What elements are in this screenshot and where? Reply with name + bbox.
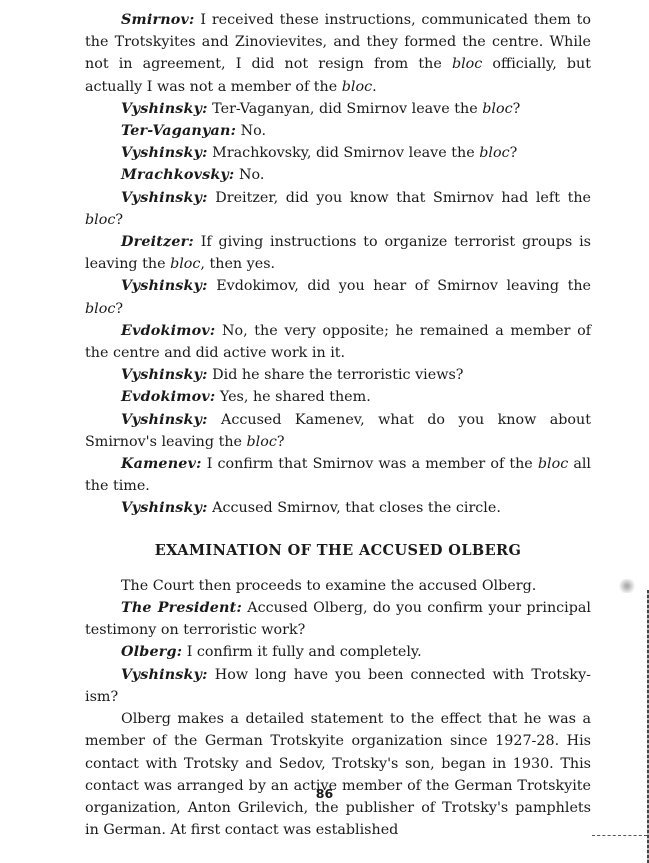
paragraph: Vyshinsky: Evdokimov, did you hear of Sm…	[85, 275, 591, 319]
italic-term: bloc	[170, 256, 200, 272]
scan-smudge-mark	[615, 579, 639, 593]
speaker-name: Vyshinsky:	[121, 500, 208, 516]
speaker-name: Kamenev:	[121, 456, 202, 472]
italic-term: bloc	[247, 434, 277, 450]
paragraph: Olberg: I confirm it fully and completel…	[85, 641, 591, 663]
paragraph-text: Olberg makes a detailed statement to the…	[85, 711, 591, 838]
paragraph-text: I confirm it fully and completely.	[182, 644, 421, 660]
speaker-name: Vyshinsky:	[121, 667, 208, 683]
speaker-name: The President:	[121, 600, 242, 616]
paragraph: Evdokimov: No, the very opposite; he rem…	[85, 320, 591, 364]
paragraph-text: Did he share the terroristic views?	[208, 367, 464, 383]
paragraph: Vyshinsky: Did he share the terroristic …	[85, 364, 591, 386]
speaker-name: Mrachkovsky:	[121, 167, 234, 183]
paragraph-text: The Court then proceeds to examine the a…	[121, 578, 536, 594]
paragraph: Ter-Vaganyan: No.	[85, 120, 591, 142]
paragraph: Vyshinsky: Dreitzer, did you know that S…	[85, 187, 591, 231]
paragraph: Dreitzer: If giving instructions to orga…	[85, 231, 591, 275]
paragraph-text: ?	[277, 434, 285, 450]
speaker-name: Vyshinsky:	[121, 101, 208, 117]
dialogue-block-top: Smirnov: I received these instructions, …	[85, 9, 591, 520]
paragraph: Vyshinsky: Mrachkovsky, did Smirnov leav…	[85, 142, 591, 164]
paragraph: Olberg makes a detailed statement to the…	[85, 708, 591, 841]
paragraph-text: ?	[510, 145, 518, 161]
paragraph-text: Yes, he shared them.	[215, 389, 370, 405]
paragraph-text: No.	[234, 167, 264, 183]
speaker-name: Vyshinsky:	[121, 190, 208, 206]
paragraph-text: ?	[115, 301, 123, 317]
italic-term: bloc	[479, 145, 509, 161]
speaker-name: Evdokimov:	[121, 389, 215, 405]
dialogue-block-bottom: The Court then proceeds to examine the a…	[85, 575, 591, 841]
speaker-name: Olberg:	[121, 644, 182, 660]
paragraph: The Court then proceeds to examine the a…	[85, 575, 591, 597]
paragraph: Kamenev: I confirm that Smirnov was a me…	[85, 453, 591, 497]
scan-dash-mark	[592, 835, 647, 837]
paragraph-text: ?	[115, 212, 123, 228]
page-number: 86	[0, 786, 649, 801]
paragraph: Smirnov: I received these instructions, …	[85, 9, 591, 98]
italic-term: bloc	[342, 79, 372, 95]
paragraph: Mrachkovsky: No.	[85, 164, 591, 186]
speaker-name: Vyshinsky:	[121, 145, 208, 161]
italic-term: bloc	[538, 456, 568, 472]
paragraph-text: Dreitzer, did you know that Smirnov had …	[208, 190, 591, 206]
italic-term: bloc	[482, 101, 512, 117]
italic-term: bloc	[85, 212, 115, 228]
speaker-name: Evdokimov:	[121, 323, 215, 339]
speaker-name: Vyshinsky:	[121, 412, 208, 428]
speaker-name: Dreitzer:	[121, 234, 194, 250]
paragraph: Vyshinsky: How long have you been connec…	[85, 664, 591, 708]
paragraph-text: Evdokimov, did you hear of Smirnov leavi…	[208, 278, 591, 294]
paragraph-text: No.	[236, 123, 266, 139]
paragraph-text: Accused Smirnov, that closes the circle.	[208, 500, 501, 516]
paragraph: Evdokimov: Yes, he shared them.	[85, 386, 591, 408]
paragraph-text: I confirm that Smirnov was a member of t…	[202, 456, 538, 472]
paragraph: Vyshinsky: Ter-Vaganyan, did Smirnov lea…	[85, 98, 591, 120]
paragraph-text: ?	[513, 101, 521, 117]
paragraph: Vyshinsky: Accused Smirnov, that closes …	[85, 497, 591, 519]
speaker-name: Ter-Vaganyan:	[121, 123, 236, 139]
paragraph-text: .	[372, 79, 377, 95]
paragraph-text: , then yes.	[200, 256, 275, 272]
paragraph: Vyshinsky: Accused Kamenev, what do you …	[85, 409, 591, 453]
speaker-name: Smirnov:	[121, 12, 195, 28]
section-heading: EXAMINATION OF THE ACCUSED OLBERG	[85, 540, 591, 562]
italic-term: bloc	[85, 301, 115, 317]
italic-term: bloc	[452, 56, 482, 72]
paragraph-text: Mrachkovsky, did Smirnov leave the	[208, 145, 480, 161]
document-page: Smirnov: I received these instructions, …	[85, 9, 591, 841]
speaker-name: Vyshinsky:	[121, 367, 208, 383]
paragraph-text: Ter-Vaganyan, did Smirnov leave the	[208, 101, 483, 117]
paragraph: The President: Accused Olberg, do you co…	[85, 597, 591, 641]
speaker-name: Vyshinsky:	[121, 278, 208, 294]
